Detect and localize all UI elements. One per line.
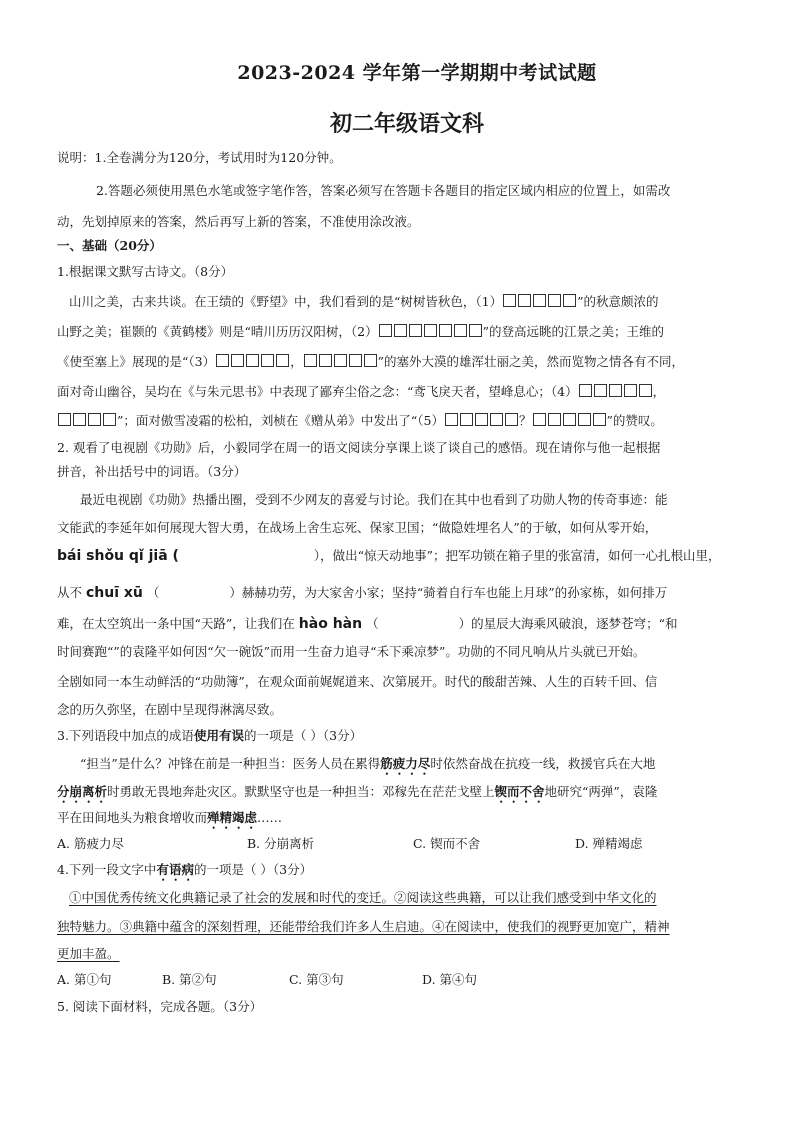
q4-passage-3: 更加丰盈。	[57, 944, 737, 962]
q1-line-5: ”；面对傲雪凌霜的松柏，刘桢在《赠从弟》中发出了“（5）？”的赞叹。	[57, 411, 737, 429]
q1-line-1: 山川之美，古来共谈。在王绩的《野望》中，我们看到的是“树树皆秋色，（1）”的秋意…	[69, 292, 749, 310]
q3-passage-2: 分崩离析时勇敢无畏地奔赴灾区。默默坚守也是一种担当：邓稼先在茫茫戈壁上锲而不舍地…	[57, 782, 737, 806]
q1-line-3: 《使至塞上》展现的是“（3），”的塞外大漠的雄浑壮丽之美，然而览物之情各有不同，	[57, 352, 737, 370]
q1-line-2: 山野之美；崔颢的《黄鹤楼》则是“晴川历历汉阳树，（2）”的登高远眺的江景之美；王…	[57, 322, 737, 340]
q4-stem: 4.下列一段文字中有语病的一项是（ ）（3分）	[57, 860, 737, 884]
answer-blank-3b[interactable]	[303, 354, 378, 369]
answer-blank-4a[interactable]	[578, 384, 653, 399]
dotted-idiom-2: 分崩离析	[57, 784, 107, 799]
sentence-4: ④在阅读中，使我们的视野更加宽广，精神	[432, 919, 670, 934]
answer-blank-1[interactable]	[502, 294, 577, 309]
q2-para-6: 时间赛跑“”的袁隆平如何因“欠一碗饭”而用一生奋力追寻“禾下乘凉梦”。功勋的不同…	[57, 642, 737, 660]
exam-subtitle: 初二年级语文科	[0, 107, 794, 138]
instruction-1: 说明：1.全卷满分为120分，考试用时为120分钟。	[57, 148, 737, 166]
q2-para-3: bái shǒu qǐ jiā (），做出“惊天动地事”；把军功锁在箱子里的张富…	[57, 546, 737, 564]
answer-blank-5a[interactable]	[444, 413, 519, 428]
pinyin-baishouqijia: bái shǒu qǐ jiā (	[57, 548, 179, 564]
q4-option-b[interactable]: B. 第②句	[162, 970, 217, 988]
q4-option-a[interactable]: A. 第①句	[57, 970, 111, 988]
sentence-3: ③典籍中蕴含的深刻哲理，还能带给我们许多人生启迪。	[120, 919, 433, 934]
q5-stem: 5. 阅读下面材料，完成各题。（3分）	[57, 997, 737, 1015]
q2-para-4: 从不 chuī xū （）赫赫功劳，为大家舍小家；坚持“骑着自行车也能上月球”的…	[57, 583, 737, 601]
q4-option-c[interactable]: C. 第③句	[289, 970, 344, 988]
q3-option-d[interactable]: D. 殚精竭虑	[575, 834, 643, 852]
instruction-2: 2.答题必须使用黑色水笔或签字笔作答，答案必须写在答题卡各题目的指定区域内相应的…	[96, 181, 776, 199]
answer-blank-5b[interactable]	[532, 413, 607, 428]
q3-passage-1: “担当”是什么？冲锋在前是一种担当：医务人员在累得筋疲力尽时依然奋战在抗疫一线，…	[80, 754, 760, 778]
answer-blank-2[interactable]	[378, 324, 483, 339]
answer-blank-4b[interactable]	[57, 413, 117, 428]
q3-option-c[interactable]: C. 锲而不舍	[413, 834, 480, 852]
q4-passage-1: ①中国优秀传统文化典籍记录了社会的发展和时代的变迁。②阅读这些典籍，可以让我们感…	[69, 888, 749, 906]
exam-title: 2023-2024 学年第一学期期中考试试题	[0, 58, 794, 85]
dotted-idiom-4: 殚精竭虑	[207, 810, 257, 825]
dotted-idiom-1: 筋疲力尽	[380, 756, 430, 771]
q2-para-5: 难，在太空筑出一条中国“天路”，让我们在 hào hàn （）的星辰大海乘风破浪…	[57, 614, 737, 632]
q4-option-d[interactable]: D. 第④句	[422, 970, 477, 988]
q3-option-b[interactable]: B. 分崩离析	[247, 834, 314, 852]
pinyin-chuixu: chuī xū	[86, 585, 143, 601]
q3-stem: 3.下列语段中加点的成语使用有误的一项是（ ）（3分）	[57, 726, 737, 744]
q2-stem-2: 拼音，补出括号中的词语。（3分）	[57, 462, 737, 480]
q3-option-a[interactable]: A. 筋疲力尽	[57, 834, 124, 852]
q4-passage-2: 独特魅力。③典籍中蕴含的深刻哲理，还能带给我们许多人生启迪。④在阅读中，使我们的…	[57, 917, 737, 935]
q3-passage-3: 平在田间地头为粮食增收而殚精竭虑……	[57, 808, 737, 832]
q1-line-4: 面对奇山幽谷，吴均在《与朱元思书》中表现了鄙弃尘俗之念：“鸢飞戾天者，望峰息心；…	[57, 382, 737, 400]
pinyin-haohan: hào hàn	[299, 616, 362, 632]
sentence-1: ①中国优秀传统文化典籍记录了社会的发展和时代的变迁。	[69, 890, 394, 905]
q2-stem-1: 2. 观看了电视剧《功勋》后，小毅同学在周一的语文阅读分享课上谈了谈自己的感悟。…	[57, 438, 737, 456]
q1-stem: 1.根据课文默写古诗文。（8分）	[57, 262, 737, 280]
q2-para-1: 最近电视剧《功勋》热播出圈，受到不少网友的喜爱与讨论。我们在其中也看到了功勋人物…	[80, 490, 760, 508]
q2-para-2: 文能武的李延年如何展现大智大勇，在战场上舍生忘死、保家卫国；“做隐姓埋名人”的于…	[57, 518, 737, 536]
instruction-3: 动，先划掉原来的答案，然后再写上新的答案，不准使用涂改液。	[57, 212, 737, 230]
answer-blank-3a[interactable]	[215, 354, 290, 369]
q2-para-7: 全剧如同一本生动鲜活的“功勋簿”，在观众面前娓娓道来、次第展开。时代的酸甜苦辣、…	[57, 672, 737, 690]
dotted-idiom-3: 锲而不舍	[495, 784, 545, 799]
sentence-2: ②阅读这些典籍，可以让我们感受到中华文化的	[394, 890, 657, 905]
q2-para-8: 念的历久弥坚，在剧中呈现得淋漓尽致。	[57, 700, 737, 718]
section-heading-basics: 一、基础（20分）	[57, 236, 737, 254]
